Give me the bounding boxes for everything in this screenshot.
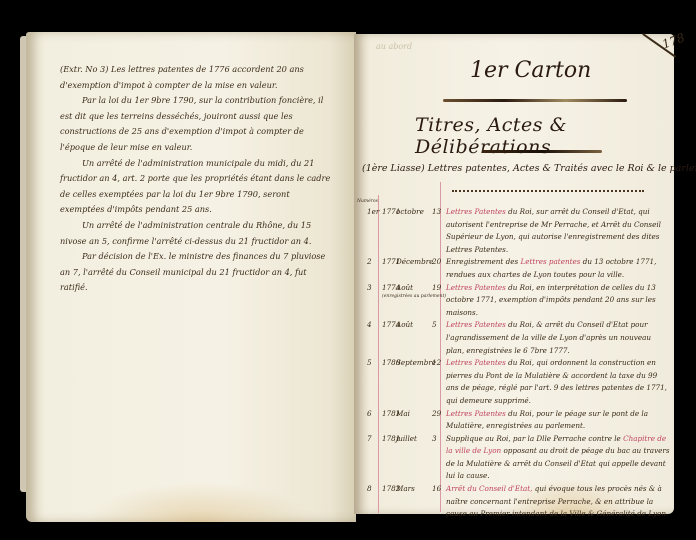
left-paragraph: Par la loi du 1er 9bre 1790, sur la cont… [60,93,335,155]
entry-number: 1er [367,206,379,219]
entry-number: 6 [367,408,379,421]
entry-subnote: (enregistrées au parlement) [382,291,446,304]
entry-number: 2 [367,256,379,269]
dotted-separator [452,190,644,192]
ledger-entry: 8 1782 Mars 16 Arrêt du Conseil d'Etat, … [356,483,676,521]
entry-day: 12 [432,357,441,370]
left-paragraph: Un arrêté de l'administration centrale d… [60,218,335,249]
liasse-label: (1ère Liasse) [362,163,425,174]
entry-day: 13 [432,206,441,219]
entry-red-heading: Lettres patentes [520,257,580,266]
numbers-column-header: Numéros [357,199,378,204]
ledger-entry: 5 1780 Septembre 12 Lettres Patentes du … [356,357,676,407]
ledger-entry: 1er 1771 octobre 13 Lettres Patentes du … [356,206,676,256]
ledger-entry: 3 1774 Août 19 (enregistrées au parlemen… [356,282,676,320]
ledger-entry: 2 1771 Décembre 20 Enregistrement des Le… [356,256,676,281]
left-page-text: (Extr. No 3) Les lettres patentes de 177… [60,62,335,296]
entry-month: Mai [396,408,436,421]
entry-month: octobre [396,206,436,219]
entry-month: Mars [396,483,436,496]
entry-red-heading: Lettres Patentes [446,283,506,292]
ledger-entry: 4 1774 Août 5 Lettres Patentes du Roi, &… [356,319,676,357]
carton-title: 1er Carton [470,58,591,83]
open-ledger-book: (Extr. No 3) Les lettres patentes de 177… [0,0,696,540]
ledger-entry: 6 1781 Mai 29 Lettres Patentes du Roi, p… [356,408,676,433]
entry-red-heading: Lettres Patentes [446,409,506,418]
ledger-entries: 1er 1771 octobre 13 Lettres Patentes du … [356,206,676,521]
entry-number: 4 [367,319,379,332]
entry-day: 16 [432,483,441,496]
entry-red-heading: Arrêt du Conseil d'Etat, [446,484,532,493]
entry-number: 3 [367,282,379,295]
entry-number: 7 [367,433,379,446]
entry-red-heading: Lettres Patentes [446,358,506,367]
left-paragraph: (Extr. No 3) Les lettres patentes de 177… [60,62,335,93]
title-rule [443,99,627,102]
entry-month: Août [396,319,436,332]
entry-red-heading: Lettres Patentes [446,207,506,216]
entry-month: juillet [396,433,436,446]
entry-number: 5 [367,357,379,370]
liasse-heading: (1ère Liasse) Lettres patentes, Actes & … [362,163,680,174]
entry-day: 29 [432,408,441,421]
entry-day: 3 [432,433,437,446]
entry-month: Septembre [396,357,436,370]
left-paragraph: Un arrêté de l'administration municipale… [60,156,335,218]
bleed-through-text: au abord [376,42,412,51]
left-paragraph: Par décision de l'Ex. le ministre des fi… [60,249,335,296]
ledger-entry: 7 1781 juillet 3 Supplique au Roi, par l… [356,433,676,483]
liasse-description: Lettres patentes, Actes & Traités avec l… [428,163,696,174]
entry-red-heading: Lettres Patentes [446,320,506,329]
entry-month: Décembre [396,256,436,269]
extract-label: (Extr. No 3) [60,64,108,74]
entry-number: 8 [367,483,379,496]
entry-day: 5 [432,319,437,332]
entry-day: 20 [432,256,441,269]
title-rule [482,150,602,153]
